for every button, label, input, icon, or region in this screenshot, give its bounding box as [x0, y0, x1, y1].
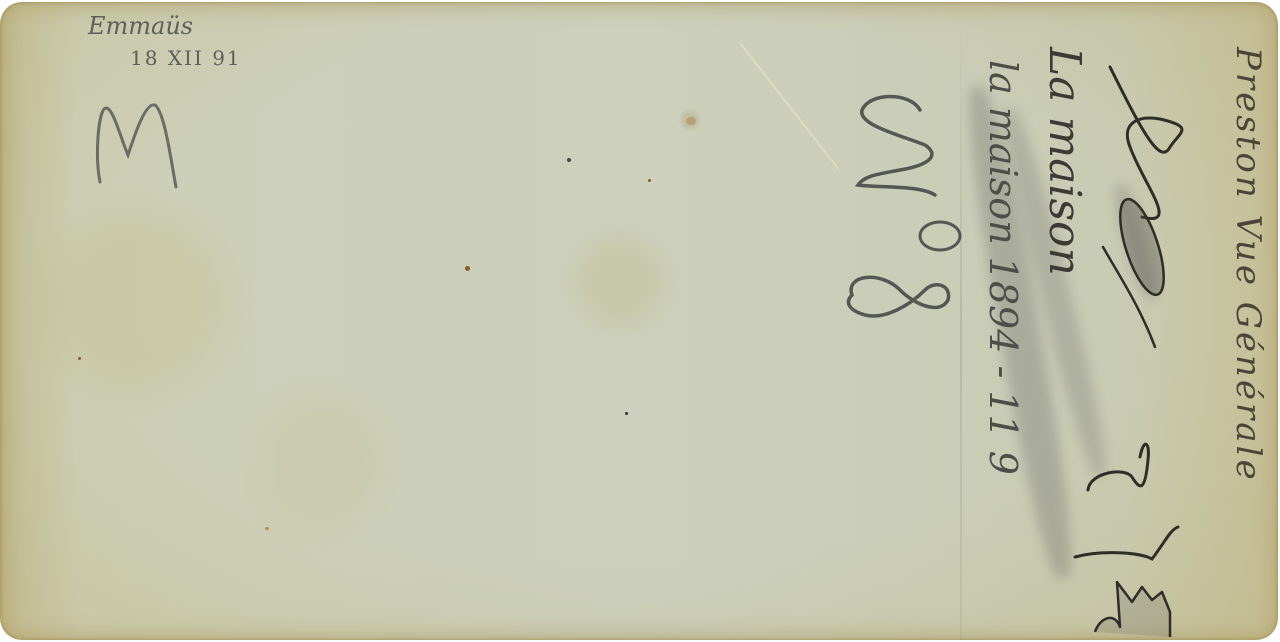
bottom-right-mark — [1070, 432, 1190, 642]
annotation-number-3 — [90, 97, 190, 197]
annotation-caption: Preston Vue Générale — [1228, 47, 1268, 483]
foxing-spot — [648, 179, 651, 182]
card-back: Emmaüs 18 XII 91 3 N° 8 La maison la mai… — [0, 2, 1278, 640]
annotation-line-2: la maison 1894 - 11 9 — [981, 60, 1025, 475]
foxing-spot — [465, 266, 470, 271]
foxing-spot — [78, 357, 81, 360]
foxing-spot — [686, 117, 696, 125]
foxing-spot — [625, 412, 628, 415]
ink-scrawl — [1100, 67, 1210, 357]
paper-crease — [739, 42, 839, 169]
fold-line — [960, 12, 962, 640]
annotation-line-1: La maison — [1039, 47, 1090, 276]
foxing-spot — [567, 158, 571, 162]
annotation-number-label — [840, 90, 960, 330]
foxing-spot — [265, 527, 269, 530]
annotation-name: Emmaüs — [88, 12, 193, 40]
annotation-date: 18 XII 91 — [130, 46, 242, 70]
